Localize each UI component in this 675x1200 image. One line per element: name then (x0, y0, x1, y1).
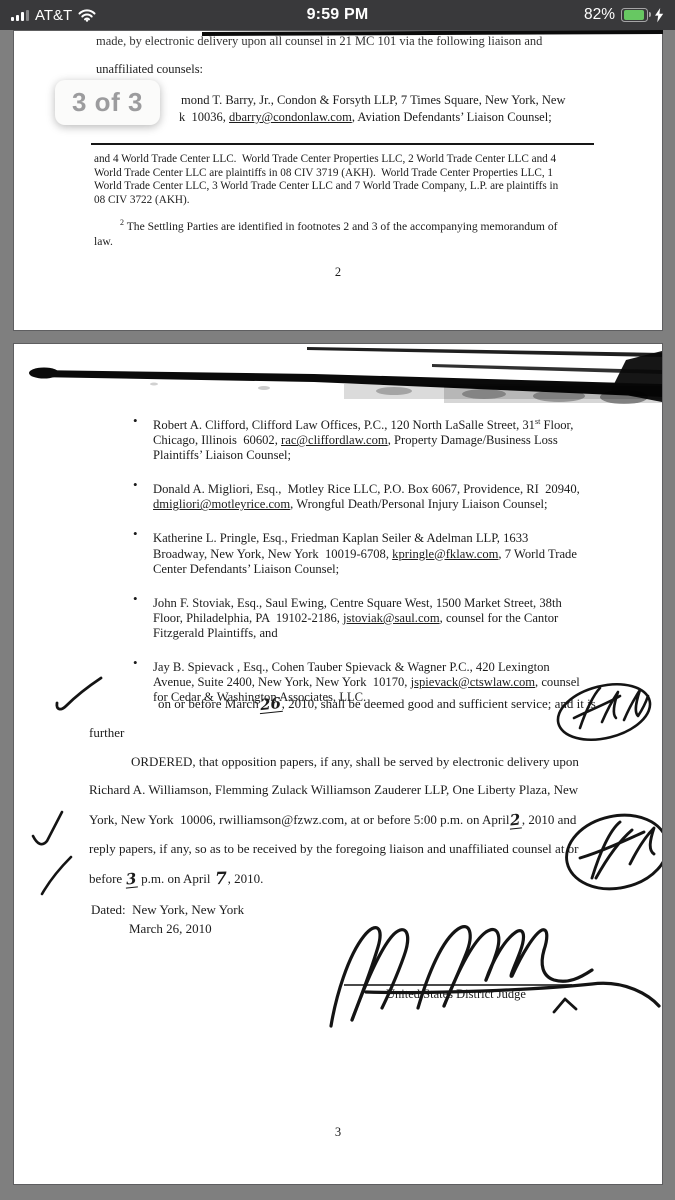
text-segment: Floor, (540, 418, 573, 432)
document-page-2[interactable]: made, by electronic delivery upon all co… (13, 30, 663, 331)
order-text-line: reply papers, if any, so as to be receiv… (89, 841, 579, 857)
handwritten-time-3: 3 (125, 871, 139, 888)
email-text: rac@cliffordlaw.com (281, 433, 388, 447)
wifi-icon (78, 9, 96, 22)
caret-mark (554, 999, 576, 1012)
list-item-clifford: Robert A. Clifford, Clifford Law Offices… (153, 414, 580, 463)
text-segment: , Property Damage/Business Loss (388, 433, 558, 447)
list-item-migliori: Donald A. Migliori, Esq., Motley Rice LL… (153, 478, 580, 512)
text-segment: , 7 World Trade (498, 547, 577, 561)
signature-line (344, 984, 572, 986)
text-line: Fitzgerald Plaintiffs, and (153, 626, 580, 641)
carrier-label: AT&T (35, 7, 72, 24)
page-indicator: 3 of 3 (55, 80, 160, 125)
dated-line: March 26, 2010 (129, 921, 212, 937)
email-text: jstoviak@saul.com (343, 611, 440, 625)
text-segment: The Settling Parties are identified in f… (124, 220, 557, 233)
text-line: Floor, Philadelphia, PA 19102-2186, jsto… (153, 611, 580, 626)
battery-icon (621, 8, 648, 23)
text-line: Robert A. Clifford, Clifford Law Offices… (153, 414, 580, 433)
text-segment: York, New York 10006, rwilliamson@fzwz.c… (89, 812, 509, 827)
text-segment: Katherine L. Pringle, Esq., Friedman Kap… (153, 532, 528, 546)
text-segment: Chicago, Illinois 60602, (153, 433, 281, 447)
text-segment: before (89, 871, 125, 886)
text-segment: , 2010. (228, 871, 264, 886)
text-segment: Robert A. Clifford, Clifford Law Offices… (153, 418, 535, 432)
continuation-text-line: made, by electronic delivery upon all co… (96, 34, 542, 49)
text-line: dmigliori@motleyrice.com, Wrongful Death… (153, 497, 580, 512)
text-segment: Floor, Philadelphia, PA 19102-2186, (153, 611, 343, 625)
battery-percent: 82% (584, 6, 615, 24)
text-line: Broadway, New York, New York 10019-6708,… (153, 547, 580, 562)
text-segment: Avenue, Suite 2400, New York, New York 1… (153, 675, 411, 689)
footnote-line: 08 CIV 3722 (AKH). (94, 194, 558, 208)
text-line: Katherine L. Pringle, Esq., Friedman Kap… (153, 527, 580, 546)
text-line: John F. Stoviak, Esq., Saul Ewing, Centr… (153, 592, 580, 611)
handwritten-date-2: 2 (509, 812, 523, 829)
handwritten-date-7: 7 (213, 871, 227, 888)
text-line: Chicago, Illinois 60602, rac@cliffordlaw… (153, 433, 580, 448)
text-segment: , Wrongful Death/Personal Injury Liaison… (290, 497, 547, 511)
status-bar: AT&T 9:59 PM 82% (0, 0, 675, 30)
order-text-line: on or before March26, 2010, shall be dee… (158, 696, 596, 712)
text-segment: on or before March (158, 696, 259, 711)
page-number: 3 (14, 1125, 662, 1140)
text-segment: , 2010 and (522, 812, 577, 827)
text-segment: k 10036, (179, 110, 229, 124)
clock: 9:59 PM (307, 6, 369, 24)
handwritten-date-26: 26 (258, 696, 282, 714)
text-segment: p.m. on April (138, 871, 214, 886)
text-segment: John F. Stoviak, Esq., Saul Ewing, Centr… (153, 596, 562, 610)
list-item-pringle: Katherine L. Pringle, Esq., Friedman Kap… (153, 527, 580, 576)
footnote-1: and 4 World Trade Center LLC. World Trad… (94, 153, 558, 207)
checkmark-2 (33, 812, 62, 844)
text-line: Avenue, Suite 2400, New York, New York 1… (153, 675, 580, 690)
footnote-line: World Trade Center LLC are plaintiffs in… (94, 167, 558, 181)
charging-bolt-icon (654, 8, 664, 23)
order-text-line: further (89, 725, 124, 741)
text-line: Center Defendants’ Liaison Counsel; (153, 562, 580, 577)
text-segment: , counsel for the Cantor (440, 611, 559, 625)
footnote-divider (91, 143, 594, 145)
email-text: kpringle@fklaw.com (392, 547, 498, 561)
text-segment: , Aviation Defendants’ Liaison Counsel; (352, 110, 552, 124)
text-line: Jay B. Spievack , Esq., Cohen Tauber Spi… (153, 656, 580, 675)
counsel-text-line: k 10036, dbarry@condonlaw.com, Aviation … (179, 110, 552, 125)
footnote-line: and 4 World Trade Center LLC. World Trad… (94, 153, 558, 167)
order-text-line: ORDERED, that opposition papers, if any,… (131, 754, 579, 770)
email-text: dbarry@condonlaw.com (229, 110, 352, 124)
text-segment: Donald A. Migliori, Esq., Motley Rice LL… (153, 482, 580, 496)
list-item-stoviak: John F. Stoviak, Esq., Saul Ewing, Centr… (153, 592, 580, 641)
judge-title: United States District Judge (386, 987, 526, 1002)
document-page-3[interactable]: Robert A. Clifford, Clifford Law Offices… (13, 343, 663, 1185)
judge-signature (331, 927, 659, 1026)
cellular-signal-icon (11, 10, 29, 21)
status-bar-right: 82% (584, 6, 664, 24)
order-text-line: Richard A. Williamson, Flemming Zulack W… (89, 782, 578, 798)
checkmark-1 (57, 678, 101, 709)
text-line: Plaintiffs’ Liaison Counsel; (153, 448, 580, 463)
status-bar-left: AT&T (11, 7, 96, 24)
footnote-line: law. (94, 234, 557, 249)
text-segment: , counsel (535, 675, 580, 689)
dated-line: Dated: New York, New York (91, 902, 244, 918)
email-text: jspievack@ctswlaw.com (411, 675, 535, 689)
footnote-2: 2 The Settling Parties are identified in… (94, 215, 557, 249)
footnote-line: 2 The Settling Parties are identified in… (120, 215, 557, 234)
page-number: 2 (14, 265, 662, 280)
order-text-line: before 3 p.m. on April 7, 2010. (89, 870, 263, 887)
email-text: dmigliori@motleyrice.com (153, 497, 290, 511)
order-text-line: York, New York 10006, rwilliamson@fzwz.c… (89, 812, 576, 828)
slash-mark (42, 857, 71, 894)
counsel-list: Robert A. Clifford, Clifford Law Offices… (153, 414, 580, 720)
scan-artifact-band (14, 344, 662, 414)
body-text-line: unaffiliated counsels: (96, 62, 203, 77)
text-segment: Jay B. Spievack , Esq., Cohen Tauber Spi… (153, 660, 550, 674)
text-segment: Broadway, New York, New York 10019-6708, (153, 547, 392, 561)
text-segment: , 2010, shall be deemed good and suffici… (282, 696, 596, 711)
counsel-text-line: mond T. Barry, Jr., Condon & Forsyth LLP… (181, 93, 566, 108)
footnote-line: World Trade Center LLC, 3 World Trade Ce… (94, 180, 558, 194)
text-line: Donald A. Migliori, Esq., Motley Rice LL… (153, 478, 580, 497)
